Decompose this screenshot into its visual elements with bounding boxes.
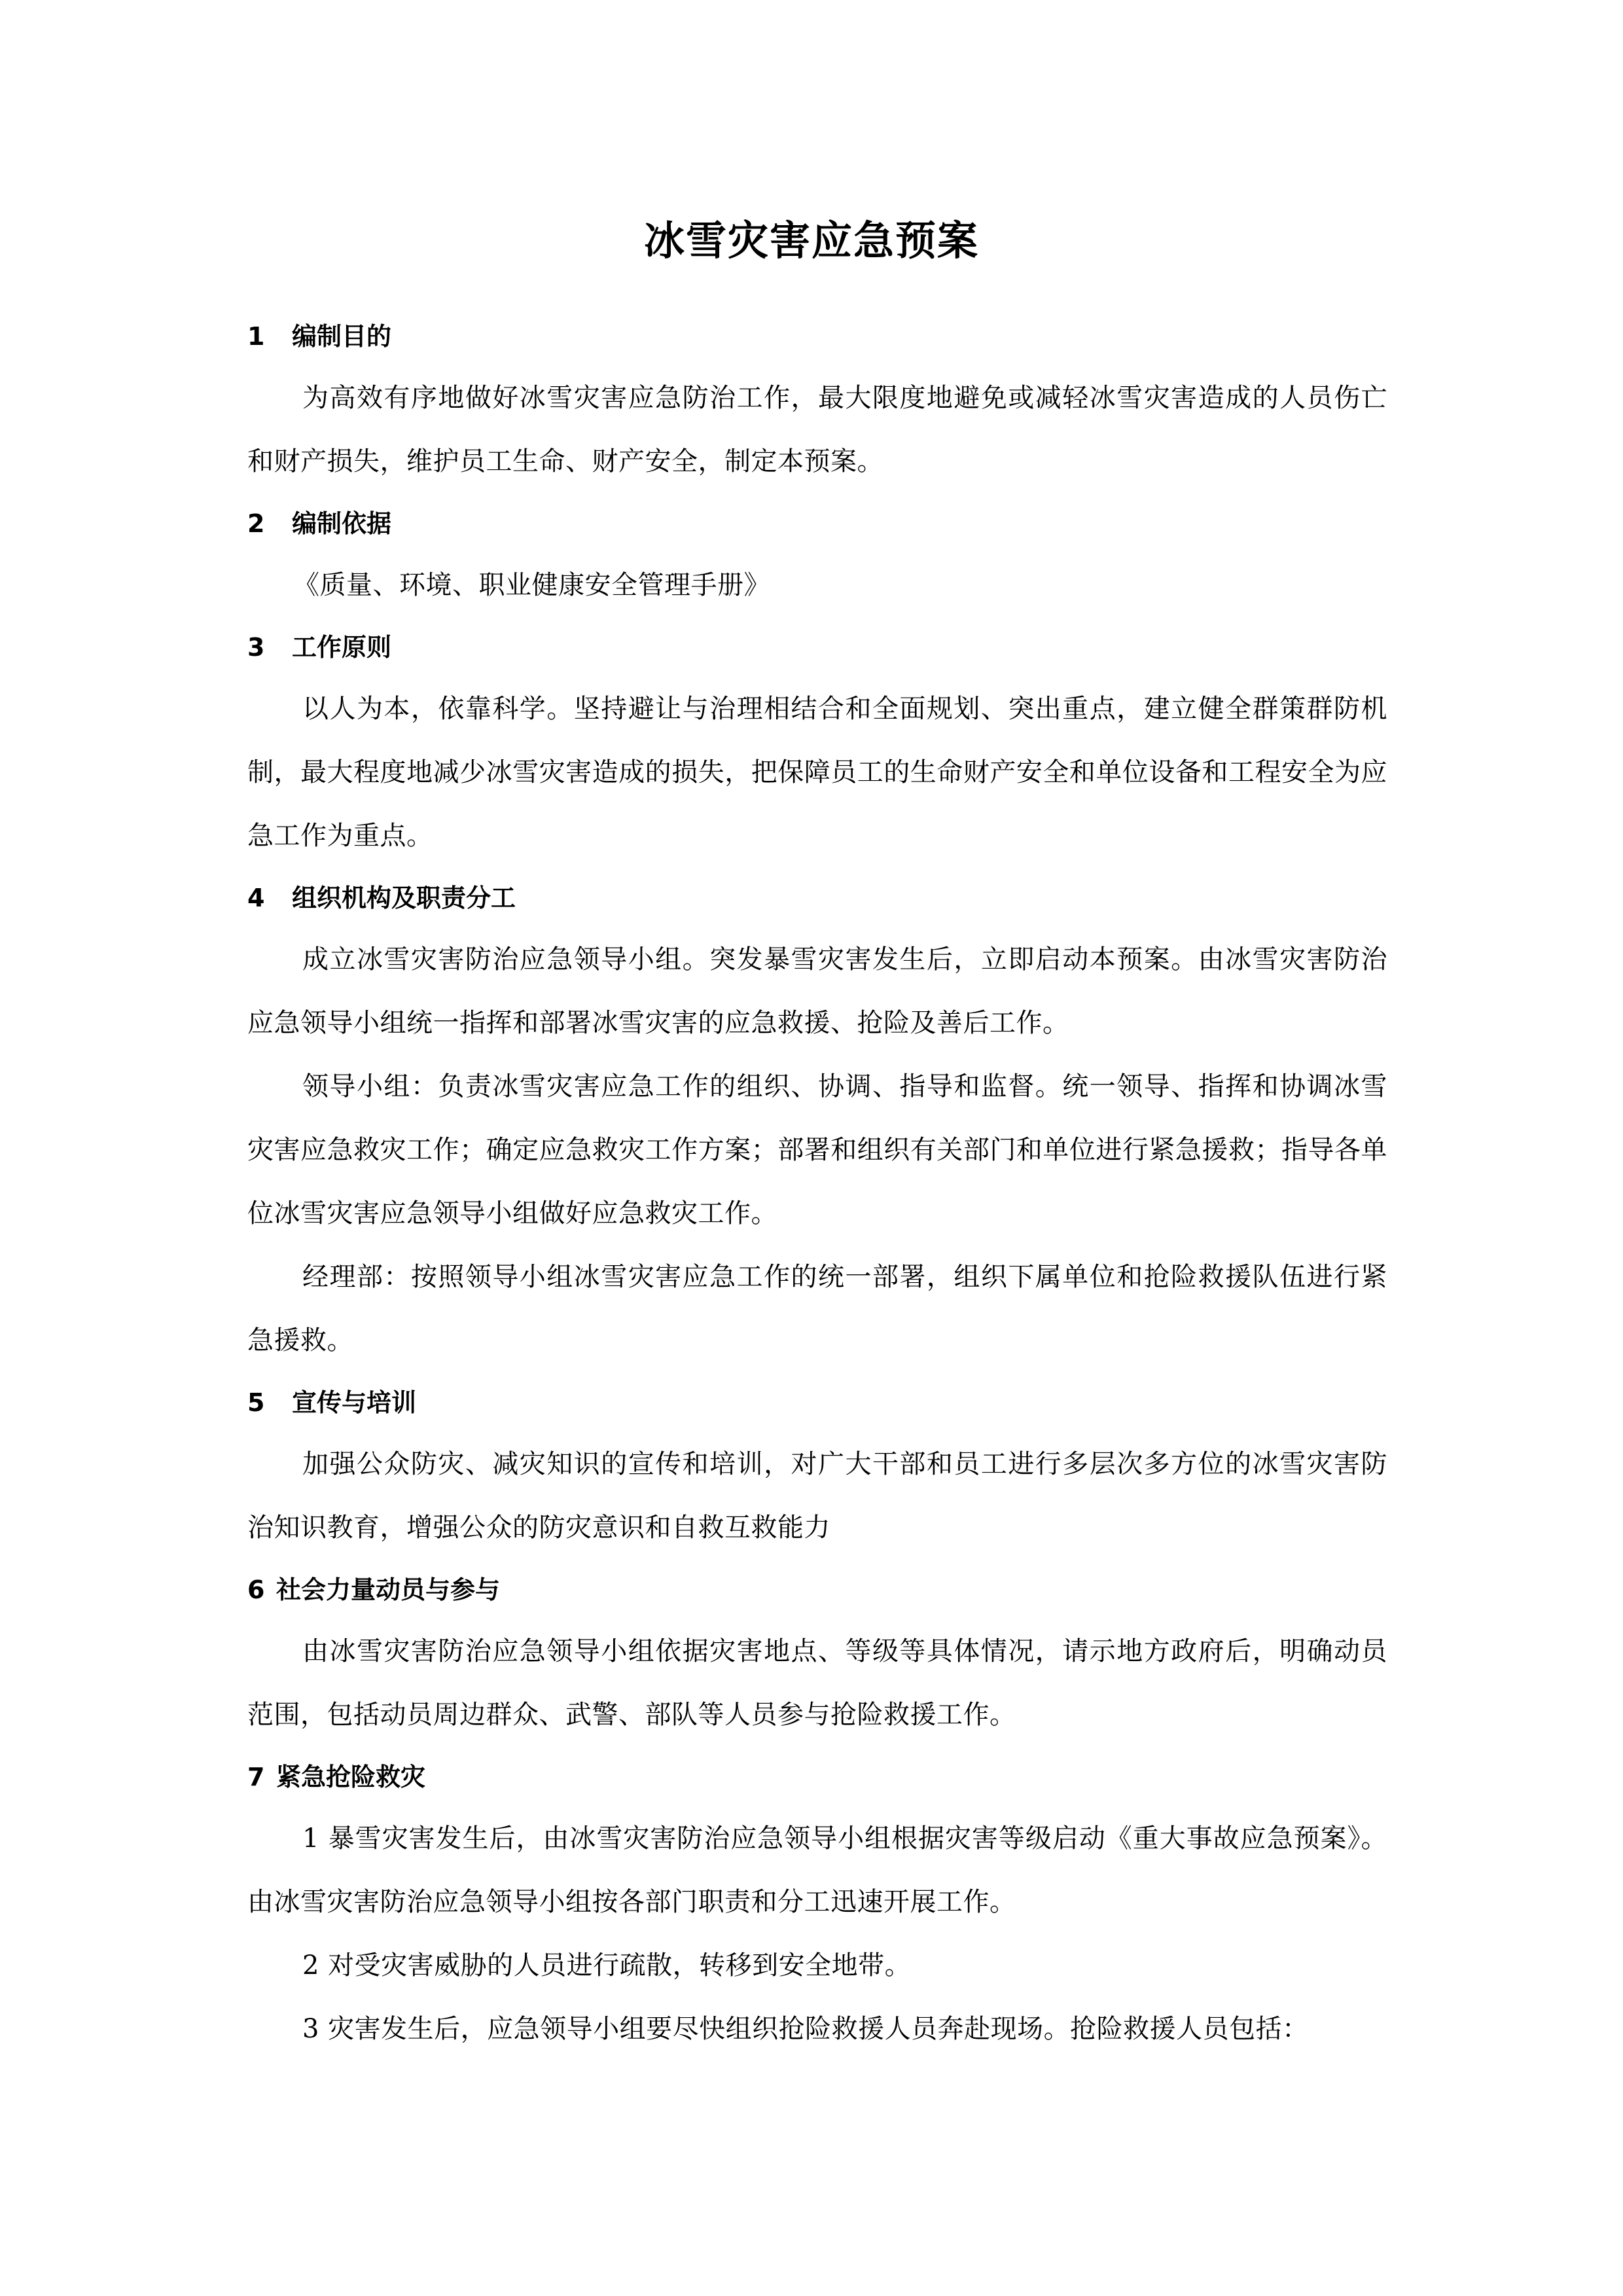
section-title: 宣传与培训 (292, 1388, 416, 1417)
list-item: 2 对受灾害威胁的人员进行疏散，转移到安全地带。 (247, 1934, 1387, 1998)
document-body: 1编制目的 为高效有序地做好冰雪灾害应急防治工作，最大限度地避免或减轻冰雪灾害造… (247, 306, 1387, 2061)
reference-document: 《质量、环境、职业健康安全管理手册》 (247, 554, 1387, 617)
paragraph: 由冰雪灾害防治应急领导小组依据灾害地点、等级等具体情况，请示地方政府后，明确动员… (247, 1620, 1387, 1747)
section-purpose: 1编制目的 为高效有序地做好冰雪灾害应急防治工作，最大限度地避免或减轻冰雪灾害造… (247, 306, 1387, 493)
section-title: 组织机构及职责分工 (292, 884, 516, 912)
section-number: 4 (247, 868, 292, 928)
section-number: 6 (247, 1560, 276, 1620)
paragraph: 为高效有序地做好冰雪灾害应急防治工作，最大限度地避免或减轻冰雪灾害造成的人员伤亡… (247, 367, 1387, 493)
document-title: 冰雪灾害应急预案 (0, 208, 1623, 274)
section-title: 编制目的 (292, 322, 391, 351)
section-basis: 2编制依据 《质量、环境、职业健康安全管理手册》 (247, 493, 1387, 617)
section-number: 7 (247, 1747, 276, 1807)
list-item: 1 暴雪灾害发生后，由冰雪灾害防治应急领导小组根据灾害等级启动《重大事故应急预案… (247, 1807, 1387, 1934)
list-item: 3 灾害发生后，应急领导小组要尽快组织抢险救援人员奔赴现场。抢险救援人员包括： (247, 1998, 1387, 2061)
section-emergency-rescue: 7紧急抢险救灾 1 暴雪灾害发生后，由冰雪灾害防治应急领导小组根据灾害等级启动《… (247, 1747, 1387, 2061)
section-organization: 4组织机构及职责分工 成立冰雪灾害防治应急领导小组。突发暴雪灾害发生后，立即启动… (247, 868, 1387, 1372)
section-principles: 3工作原则 以人为本，依靠科学。坚持避让与治理相结合和全面规划、突出重点，建立健… (247, 617, 1387, 868)
document-page: 冰雪灾害应急预案 1编制目的 为高效有序地做好冰雪灾害应急防治工作，最大限度地避… (0, 0, 1623, 2296)
section-title: 工作原则 (292, 633, 391, 662)
section-social-mobilization: 6社会力量动员与参与 由冰雪灾害防治应急领导小组依据灾害地点、等级等具体情况，请… (247, 1560, 1387, 1747)
section-title: 紧急抢险救灾 (276, 1763, 425, 1791)
section-number: 3 (247, 617, 292, 677)
section-heading: 1编制目的 (247, 306, 1387, 367)
paragraph: 领导小组：负责冰雪灾害应急工作的组织、协调、指导和监督。统一领导、指挥和协调冰雪… (247, 1055, 1387, 1246)
paragraph: 经理部：按照领导小组冰雪灾害应急工作的统一部署，组织下属单位和抢险救援队伍进行紧… (247, 1246, 1387, 1372)
section-heading: 7紧急抢险救灾 (247, 1747, 1387, 1807)
section-number: 1 (247, 306, 292, 367)
section-heading: 5宣传与培训 (247, 1372, 1387, 1433)
paragraph: 以人为本，依靠科学。坚持避让与治理相结合和全面规划、突出重点，建立健全群策群防机… (247, 677, 1387, 868)
section-heading: 3工作原则 (247, 617, 1387, 677)
section-number: 2 (247, 493, 292, 554)
paragraph: 加强公众防灾、减灾知识的宣传和培训，对广大干部和员工进行多层次多方位的冰雪灾害防… (247, 1433, 1387, 1560)
section-heading: 4组织机构及职责分工 (247, 868, 1387, 928)
section-number: 5 (247, 1372, 292, 1433)
section-title: 编制依据 (292, 509, 391, 538)
paragraph: 成立冰雪灾害防治应急领导小组。突发暴雪灾害发生后，立即启动本预案。由冰雪灾害防治… (247, 928, 1387, 1055)
section-heading: 2编制依据 (247, 493, 1387, 554)
section-training: 5宣传与培训 加强公众防灾、减灾知识的宣传和培训，对广大干部和员工进行多层次多方… (247, 1372, 1387, 1560)
section-heading: 6社会力量动员与参与 (247, 1560, 1387, 1620)
section-title: 社会力量动员与参与 (276, 1575, 500, 1604)
